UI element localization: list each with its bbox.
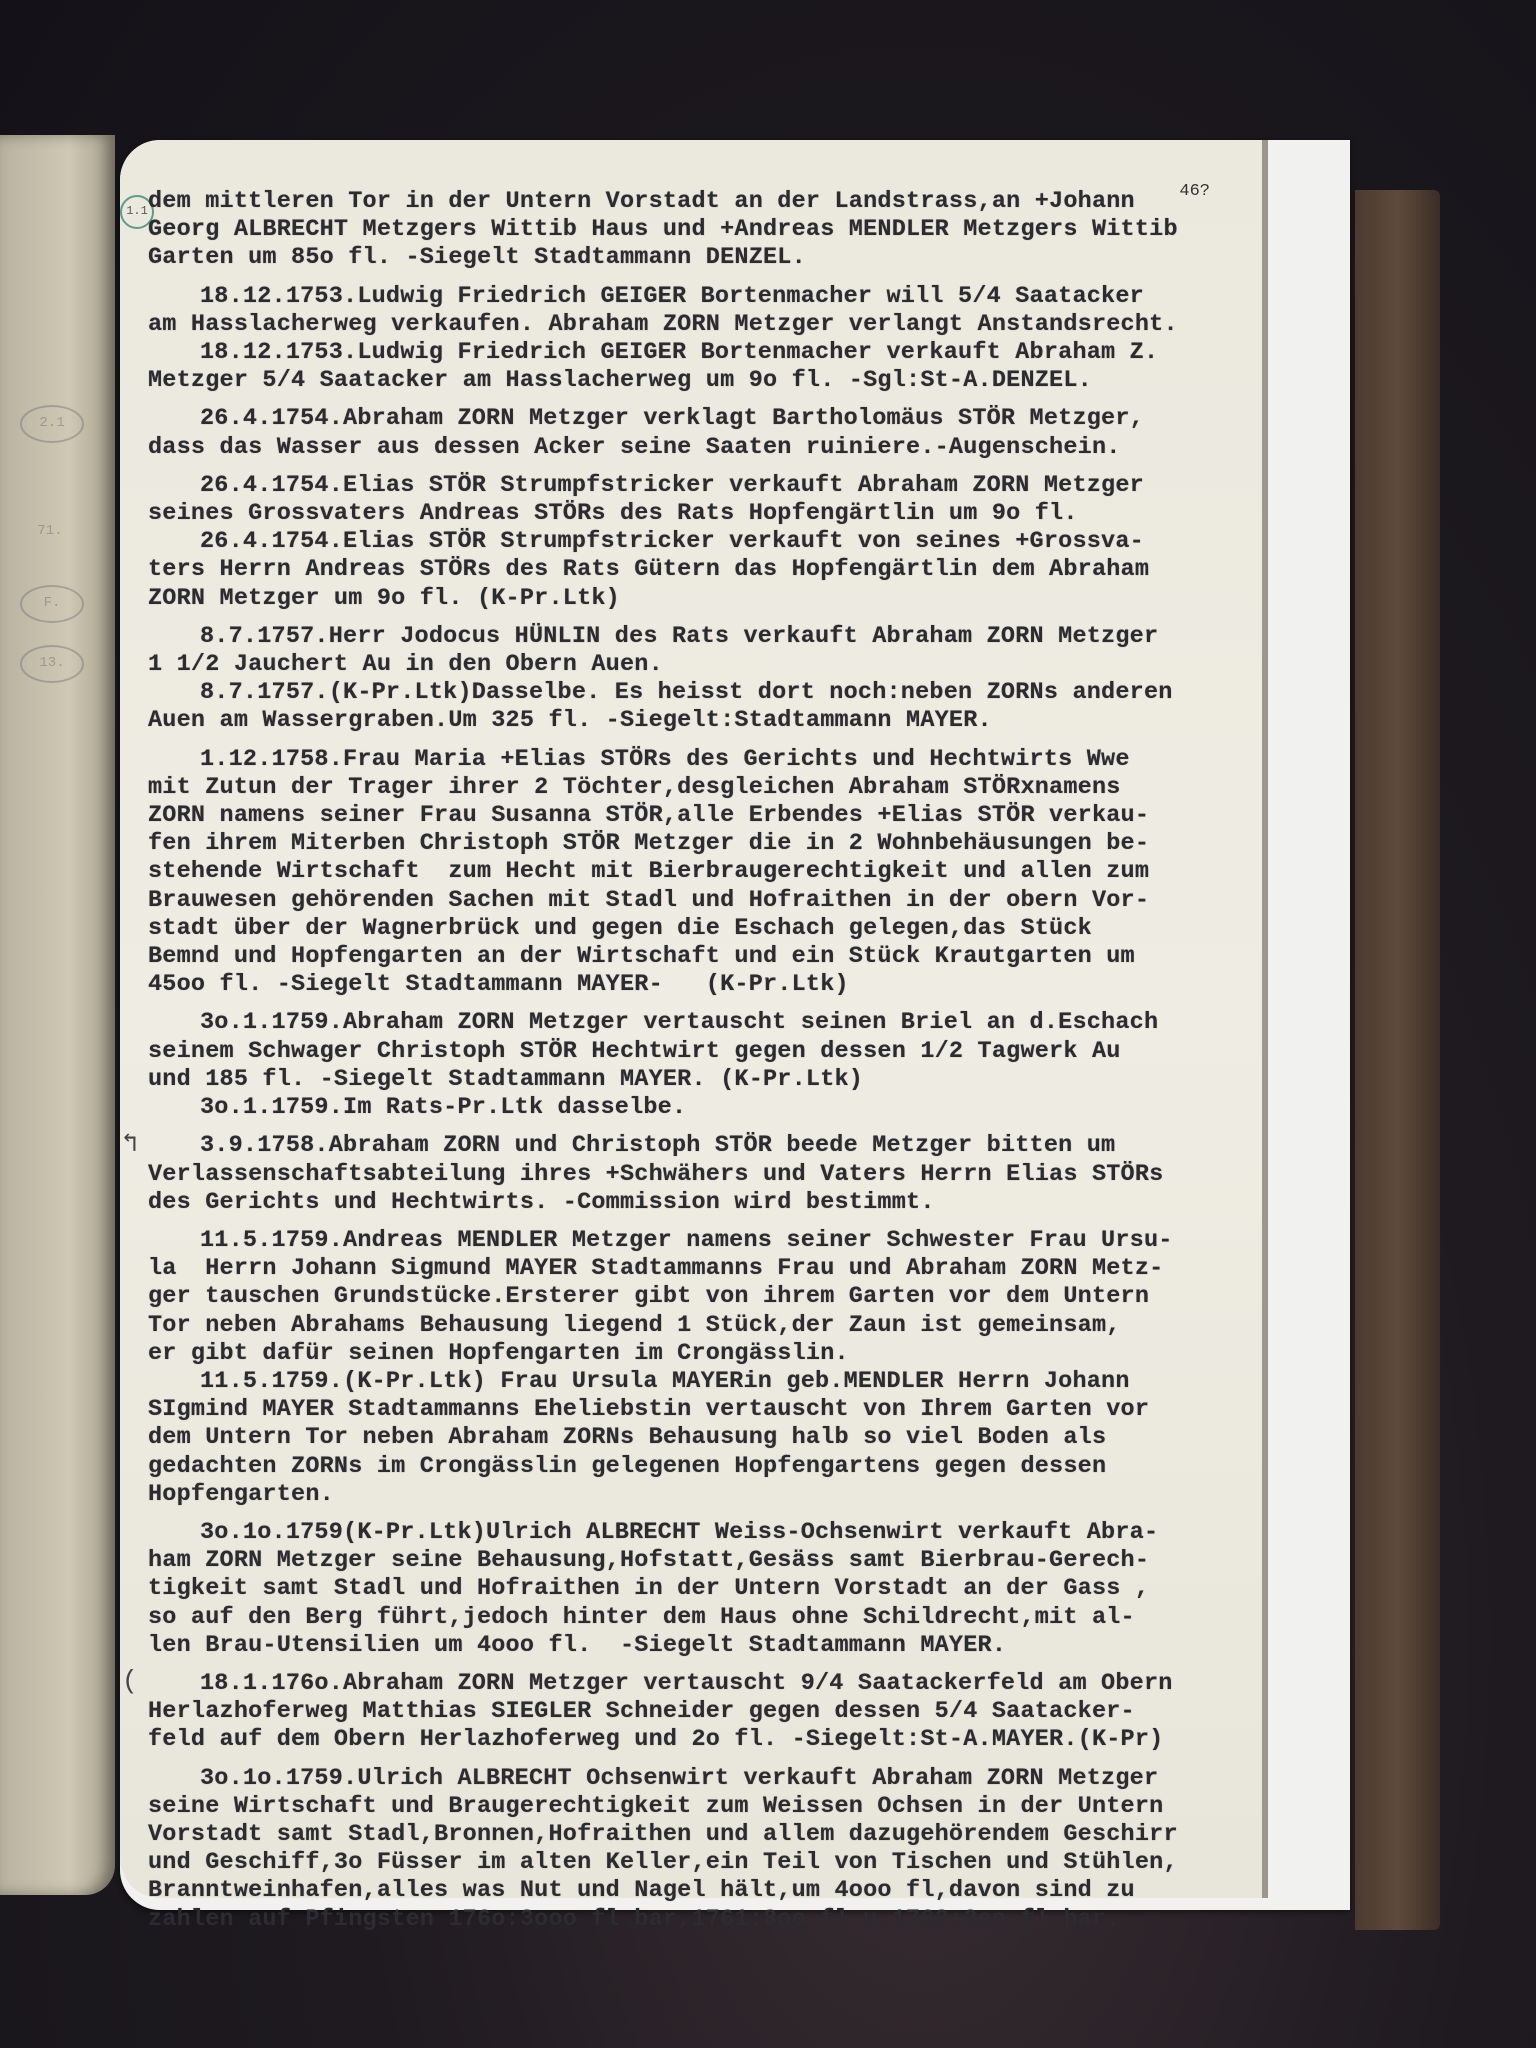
text-line: seinem Schwager Christoph STÖR Hechtwirt… — [148, 1038, 1234, 1066]
text-line: 8.7.1757.(K-Pr.Ltk)Dasselbe. Es heisst d… — [148, 679, 1234, 707]
text-line: SIgmind MAYER Stadtammanns Eheliebstin v… — [148, 1396, 1234, 1424]
text-line: stehende Wirtschaft zum Hecht mit Bierbr… — [148, 858, 1234, 886]
text-line: 26.4.1754.Abraham ZORN Metzger verklagt … — [148, 405, 1234, 433]
text-line: ger tauschen Grundstücke.Ersterer gibt v… — [148, 1283, 1234, 1311]
text-line: 18.1.176o.Abraham ZORN Metzger vertausch… — [148, 1670, 1234, 1698]
text-line: 3o.1o.1759(K-Pr.Ltk)Ulrich ALBRECHT Weis… — [148, 1519, 1234, 1547]
text-line: 1.12.1758.Frau Maria +Elias STÖRs des Ge… — [148, 746, 1234, 774]
text-line: am Hasslacherweg verkaufen. Abraham ZORN… — [148, 311, 1234, 339]
text-line: Bemnd und Hopfengarten an der Wirtschaft… — [148, 943, 1234, 971]
typed-page: 1.1 46? dem mittleren Tor in der Untern … — [120, 140, 1268, 1898]
text-line: dass das Wasser aus dessen Acker seine S… — [148, 434, 1234, 462]
text-line: len Brau-Utensilien um 4ooo fl. -Siegelt… — [148, 1632, 1234, 1660]
document-entry: 1.12.1758.Frau Maria +Elias STÖRs des Ge… — [148, 746, 1234, 1000]
text-line: stadt über der Wagnerbrück und gegen die… — [148, 915, 1234, 943]
text-line: 3.9.1758.Abraham ZORN und Christoph STÖR… — [148, 1132, 1234, 1160]
text-line: 3o.1.1759.Abraham ZORN Metzger vertausch… — [148, 1009, 1234, 1037]
text-line: la Herrn Johann Sigmund MAYER Stadtamman… — [148, 1255, 1234, 1283]
text-line: Branntweinhafen,alles was Nut und Nagel … — [148, 1877, 1234, 1905]
text-line: Vorstadt samt Stadl,Bronnen,Hofraithen u… — [148, 1821, 1234, 1849]
document-entry: 26.4.1754.Abraham ZORN Metzger verklagt … — [148, 405, 1234, 461]
text-line: 1 1/2 Jauchert Au in den Obern Auen. — [148, 651, 1234, 679]
text-line: seines Grossvaters Andreas STÖRs des Rat… — [148, 500, 1234, 528]
text-line: 18.12.1753.Ludwig Friedrich GEIGER Borte… — [148, 339, 1234, 367]
text-line: Herlazhoferweg Matthias SIEGLER Schneide… — [148, 1698, 1234, 1726]
text-line: fen ihrem Miterben Christoph STÖR Metzge… — [148, 830, 1234, 858]
document-entry: 3o.1.1759.Abraham ZORN Metzger vertausch… — [148, 1009, 1234, 1122]
text-line: mit Zutun der Trager ihrer 2 Töchter,des… — [148, 774, 1234, 802]
text-line: 45oo fl. -Siegelt Stadtammann MAYER- (K-… — [148, 971, 1234, 999]
text-line: Tor neben Abrahams Behausung liegend 1 S… — [148, 1312, 1234, 1340]
text-line: feld auf dem Obern Herlazhoferweg und 2o… — [148, 1726, 1234, 1754]
text-line: 3o.1o.1759.Ulrich ALBRECHT Ochsenwirt ve… — [148, 1765, 1234, 1793]
text-line: des Gerichts und Hechtwirts. -Commission… — [148, 1189, 1234, 1217]
text-line: so auf den Berg führt,jedoch hinter dem … — [148, 1604, 1234, 1632]
text-line: er gibt dafür seinen Hopfengarten im Cro… — [148, 1340, 1234, 1368]
document-entry: (18.1.176o.Abraham ZORN Metzger vertausc… — [148, 1670, 1234, 1755]
text-line: dem mittleren Tor in der Untern Vorstadt… — [148, 188, 1234, 216]
text-line: Garten um 85o fl. -Siegelt Stadtammann D… — [148, 244, 1234, 272]
text-line: tigkeit samt Stadl und Hofraithen in der… — [148, 1575, 1234, 1603]
text-line: gedachten ZORNs im Crongässlin gelegenen… — [148, 1453, 1234, 1481]
text-line: 26.4.1754.Elias STÖR Strumpfstricker ver… — [148, 528, 1234, 556]
text-line: dem Untern Tor neben Abraham ZORNs Behau… — [148, 1424, 1234, 1452]
text-line: Brauwesen gehörenden Sachen mit Stadl un… — [148, 887, 1234, 915]
text-line: 8.7.1757.Herr Jodocus HÜNLIN des Rats ve… — [148, 623, 1234, 651]
left-page-mark: 2.1 — [20, 405, 84, 443]
margin-arrow-annotation: ( — [122, 1666, 138, 1696]
book-edge — [1355, 190, 1440, 1930]
text-line: ters Herrn Andreas STÖRs des Rats Gütern… — [148, 556, 1234, 584]
text-line: Auen am Wassergraben.Um 325 fl. -Siegelt… — [148, 707, 1234, 735]
text-line: ZORN Metzger um 9o fl. (K-Pr.Ltk) — [148, 585, 1234, 613]
text-line: Verlassenschaftsabteilung ihres +Schwähe… — [148, 1161, 1234, 1189]
document-entry: ↰3.9.1758.Abraham ZORN und Christoph STÖ… — [148, 1132, 1234, 1217]
document-entry: 11.5.1759.Andreas MENDLER Metzger namens… — [148, 1227, 1234, 1509]
text-line: 3o.1.1759.Im Rats-Pr.Ltk dasselbe. — [148, 1094, 1234, 1122]
margin-arrow-annotation: ↰ — [122, 1128, 138, 1159]
left-page-mark: F. — [20, 585, 84, 623]
document-entry: 3o.1o.1759.Ulrich ALBRECHT Ochsenwirt ve… — [148, 1765, 1234, 1934]
left-facing-page: 2.1 71. F. 13. — [0, 135, 115, 1895]
text-line: Georg ALBRECHT Metzgers Wittib Haus und … — [148, 216, 1234, 244]
text-line: 18.12.1753.Ludwig Friedrich GEIGER Borte… — [148, 283, 1234, 311]
document-entry: 8.7.1757.Herr Jodocus HÜNLIN des Rats ve… — [148, 623, 1234, 736]
text-line: seine Wirtschaft und Braugerechtigkeit z… — [148, 1793, 1234, 1821]
text-line: 26.4.1754.Elias STÖR Strumpfstricker ver… — [148, 472, 1234, 500]
text-line: und 185 fl. -Siegelt Stadtammann MAYER. … — [148, 1066, 1234, 1094]
text-line: ZORN namens seiner Frau Susanna STÖR,all… — [148, 802, 1234, 830]
text-line: 11.5.1759.(K-Pr.Ltk) Frau Ursula MAYERin… — [148, 1368, 1234, 1396]
document-entries: dem mittleren Tor in der Untern Vorstadt… — [148, 188, 1234, 1934]
text-line: zahlen auf Pfingsten 176o:3ooo fl bar,17… — [148, 1906, 1234, 1934]
text-line: Hopfengarten. — [148, 1481, 1234, 1509]
document-entry: 26.4.1754.Elias STÖR Strumpfstricker ver… — [148, 472, 1234, 613]
left-page-mark: 13. — [20, 645, 84, 683]
text-line: Metzger 5/4 Saatacker am Hasslacherweg u… — [148, 367, 1234, 395]
text-line: und Geschiff,3o Füsser im alten Keller,e… — [148, 1849, 1234, 1877]
document-entry: 3o.1o.1759(K-Pr.Ltk)Ulrich ALBRECHT Weis… — [148, 1519, 1234, 1660]
text-line: 11.5.1759.Andreas MENDLER Metzger namens… — [148, 1227, 1234, 1255]
left-page-mark: 71. — [20, 515, 80, 549]
document-entry: dem mittleren Tor in der Untern Vorstadt… — [148, 188, 1234, 273]
text-line: ham ZORN Metzger seine Behausung,Hofstat… — [148, 1547, 1234, 1575]
document-entry: 18.12.1753.Ludwig Friedrich GEIGER Borte… — [148, 283, 1234, 396]
